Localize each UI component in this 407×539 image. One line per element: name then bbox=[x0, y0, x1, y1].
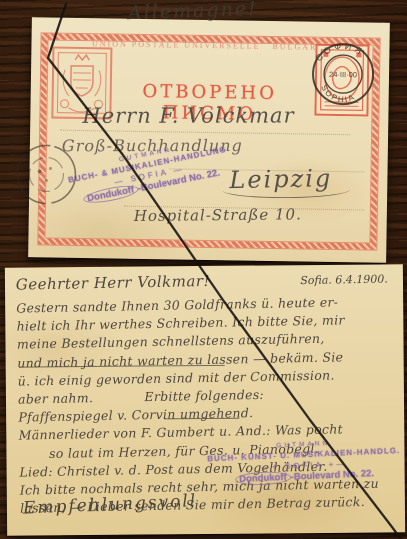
address-street: Hospital-Straße 10. bbox=[134, 205, 302, 225]
address-line-name: Herrn F. Volckmar bbox=[82, 103, 294, 127]
postmark-date: 24·III·00 bbox=[329, 70, 357, 79]
salutation: Geehrter Herr Volkmar! bbox=[16, 272, 211, 294]
handstamp-address-rest: -Boulevard No. 22. bbox=[290, 468, 374, 483]
postcard-front: UNION POSTALE UNIVERSELLE BULGARIE ОТВОР… bbox=[28, 17, 390, 263]
arrival-postmark-icon bbox=[13, 141, 80, 213]
svg-text:SOPHIA: SOPHIA bbox=[319, 83, 357, 104]
sofia-postmark-icon: СОФИЯ SOPHIA 24·III·00 bbox=[302, 33, 383, 119]
postmark-town-top: СОФИЯ bbox=[313, 40, 366, 64]
handstamp-oval: Dondukoff bbox=[235, 471, 291, 486]
bookseller-handstamp-back: GUTMANN BUCH- KUNST- U. MUSIKALIEN-HANDL… bbox=[206, 437, 403, 489]
postcard-back: Geehrter Herr Volkmar! Sofia. 6.4.1900. … bbox=[5, 264, 405, 535]
photo-of-postcards: UNION POSTALE UNIVERSELLE BULGARIE ОТВОР… bbox=[0, 0, 407, 539]
dateline: Sofia. 6.4.1900. bbox=[300, 272, 388, 287]
svg-text:СОФИЯ: СОФИЯ bbox=[313, 40, 366, 64]
postmark-town-bottom: SOPHIA bbox=[319, 83, 357, 104]
